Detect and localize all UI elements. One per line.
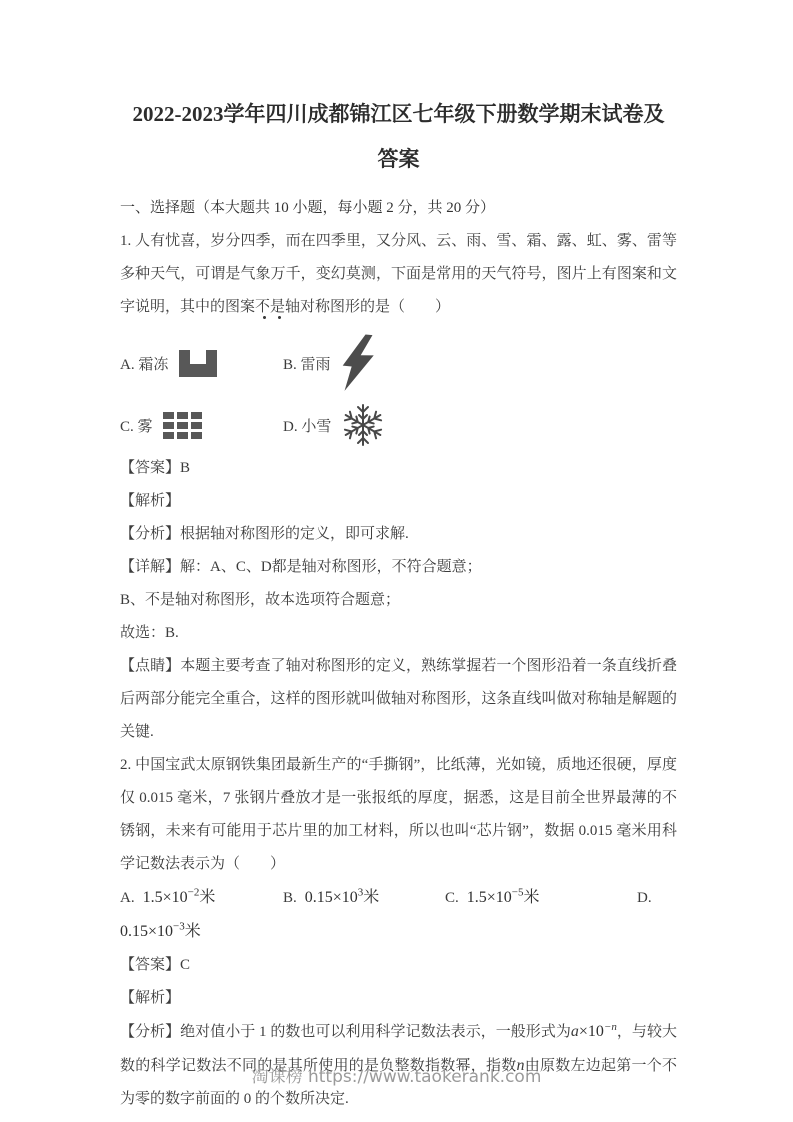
question-2-stem: 2. 中国宝武太原钢铁集团最新生产的“手撕钢”，比纸薄，光如镜，质地还很硬，厚度… [120,749,677,881]
q1-option-c: C. 雾 [120,412,283,439]
page-content: 2022-2023学年四川成都锦江区七年级下册数学期末试卷及 答案 一、选择题（… [120,92,677,1116]
fog-icon [163,412,202,439]
q2-analysis-base: ×10 [579,1023,604,1040]
title-line-2: 答案 [120,137,677,182]
q2-option-c-base: 1.5×10 [467,889,512,906]
q2-option-a-letter: A. [120,890,135,906]
q2-option-d-base: 0.15×10 [120,923,173,940]
title-line-1: 2022-2023学年四川成都锦江区七年级下册数学期末试卷及 [120,92,677,137]
q2-option-d-math: 0.15×10−3米 [120,923,201,940]
q2-option-c: C.1.5×10−5米 [445,881,637,915]
q2-option-c-value: 1.5×10−5米 [467,889,540,906]
q2-option-c-exponent: −5 [512,887,524,899]
q1-option-d: D. 小雪 [283,401,385,449]
q2-option-a-unit: 米 [199,889,215,906]
q2-option-b: B.0.15×103米 [283,881,445,915]
page-title: 2022-2023学年四川成都锦江区七年级下册数学期末试卷及 答案 [120,92,677,182]
q2-option-a-base: 1.5×10 [143,889,188,906]
q2-option-a-value: 1.5×10−2米 [143,889,216,906]
q1-detail-1: 【详解】解：A、C、D都是轴对称图形，不符合题意； [120,551,677,584]
q1-option-a: A. 霜冻 [120,349,283,378]
q1-analysis: 【分析】根据轴对称图形的定义，即可求解. [120,518,677,551]
q2-option-d-unit: 米 [185,923,201,940]
q1-stem-emphasis: 不是 [255,299,285,320]
watermark-footer: 淘课榜 https://www.taokerank.com [0,1062,793,1087]
q1-options-row-2: C. 雾 D. 小雪 [120,398,677,452]
q2-option-d-exponent: −3 [173,921,185,933]
q2-option-b-value: 0.15×103米 [305,889,380,906]
exam-document-page: 2022-2023学年四川成都锦江区七年级下册数学期末试卷及 答案 一、选择题（… [0,0,793,1122]
q2-analysis-header: 【解析】 [120,982,677,1015]
q2-answer: 【答案】C [120,949,677,982]
q2-option-a: A.1.5×10−2米 [120,881,283,915]
q1-options-row-1: A. 霜冻 B. 雷雨 [120,328,677,398]
q2-option-c-letter: C. [445,890,459,906]
q1-answer: 【答案】B [120,452,677,485]
q2-option-d-value: 0.15×10−3米 [120,915,677,949]
frost-icon [178,349,218,378]
q1-option-c-label: C. 雾 [120,415,153,436]
q1-option-a-label: A. 霜冻 [120,353,168,374]
q1-stem-text-2: 轴对称图形的是（ ） [285,299,450,315]
q2-analysis-variable-a: a [571,1023,579,1040]
q2-analysis-exponent: −n [604,1021,617,1033]
q1-analysis-header: 【解析】 [120,485,677,518]
thunderstorm-lightning-icon [341,334,375,392]
q1-detail-2: B、不是轴对称图形，故本选项符合题意； [120,584,677,617]
q2-analysis-text-1: 【分析】绝对值小于 1 的数也可以利用科学记数法表示，一般形式为 [120,1024,571,1040]
q2-option-d: D. [637,882,677,915]
q2-option-a-exponent: −2 [188,887,200,899]
q2-option-b-letter: B. [283,890,297,906]
q1-option-b-label: B. 雷雨 [283,353,331,374]
section-header: 一、选择题（本大题共 10 小题，每小题 2 分，共 20 分） [120,192,677,225]
q1-detail-3: 故选：B. [120,617,677,650]
question-1-stem: 1. 人有忧喜，岁分四季，而在四季里，又分风、云、雨、雪、霜、露、虹、雾、雷等多… [120,225,677,324]
q1-option-b: B. 雷雨 [283,334,375,392]
q2-option-b-base: 0.15×10 [305,889,358,906]
q1-note: 【点睛】本题主要考查了轴对称图形的定义，熟练掌握若一个图形沿着一条直线折叠后两部… [120,650,677,749]
q2-option-b-unit: 米 [363,889,379,906]
q2-option-d-letter: D. [637,890,652,906]
q2-options-row: A.1.5×10−2米 B.0.15×103米 C.1.5×10−5米 D. [120,881,677,915]
q1-option-d-label: D. 小雪 [283,415,331,436]
q2-option-c-unit: 米 [524,889,540,906]
snowflake-icon [341,401,385,449]
